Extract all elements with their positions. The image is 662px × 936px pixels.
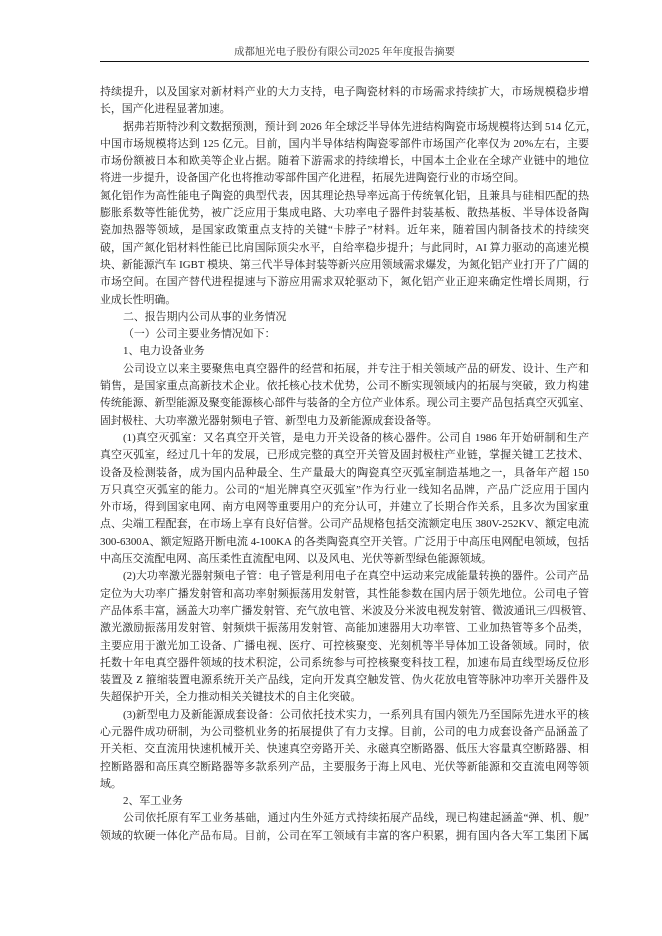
text-line: 中国市场规模将达到 125 亿元。目前，国内半导体结构陶瓷零部件市场国产化率仅为… xyxy=(100,136,589,153)
text-line: 设备及检测装备，成为国内品种最全、生产量最大的陶瓷真空灭弧室制造基地之一，具备年… xyxy=(100,465,589,482)
text-line: 公司依托原有军工业务基础，通过内生外延方式持续拓展产品线，现已构建起涵盖“弹、机… xyxy=(100,810,589,827)
text-line: 固封极柱、大功率激光器射频电子管、新型电力及新能源成套设备等。 xyxy=(100,413,589,430)
text-line: 托数十年电真空器件领域的技术积淀，公司系统参与可控核聚变科技工程，加速布局直线型… xyxy=(100,655,589,672)
paragraph-vacuum-interrupter: (1)真空灭弧室：又名真空开关管，是电力开关设备的核心器件。公司自 1986 年… xyxy=(100,430,589,568)
text-line: 瓷加热器等领域，是国家政策重点支持的关键“卡脖子”材料。近年来，随着国内制备技术… xyxy=(100,222,589,239)
text-line: 市场空间。在国产替代进程提速与下游应用需求双轮驱动下，氮化铝产业正迎来确定性增长… xyxy=(100,274,589,291)
text-line: 定位为大功率广播发射管和高功率射频振荡用发射管，其性能参数在国内居于领先地位。公… xyxy=(100,586,589,603)
text-line: (2)大功率激光器射频电子管：电子管是利用电子在真空中运动来完成能量转换的器件。… xyxy=(100,568,589,585)
text-line: 万只真空灭弧室的能力。公司的“旭光牌真空灭弧室”作为行业一线知名品牌，产品广泛应… xyxy=(100,482,589,499)
text-line: 将进一步提升，设备国产化也将推动零部件国产化进程，拓展先进陶瓷行业的市场空间。 xyxy=(100,170,589,187)
text-line: 真空灭弧室，经过几十年的发展，已形成完整的真空开关管及固封极柱产业链，掌握关键工… xyxy=(100,447,589,464)
text-line: 域。 xyxy=(100,776,589,793)
text-line: 中高压交流配电网、高压柔性直流配电网、以及风电、光伏等新型绿色能源领域。 xyxy=(100,551,589,568)
text-line: 激光激励振荡用发射管、射频烘干振荡用发射管、高能加速器用大功率管、工业加热管等多… xyxy=(100,620,589,637)
text-line: 据弗若斯特沙利文数据预测，预计到 2026 年全球泛半导体先进结构陶瓷市场规模将… xyxy=(100,119,589,136)
text-line: (1)真空灭弧室：又名真空开关管，是电力开关设备的核心器件。公司自 1986 年… xyxy=(100,430,589,447)
paragraph-new-energy-equipment: (3)新型电力及新能源成套设备：公司依托技术实力，一系列具有国内领先乃至国际先进… xyxy=(100,707,589,793)
paragraph-company-overview: 公司设立以来主要聚焦电真空器件的经营和拓展，并专注于相关领域产品的研发、设计、生… xyxy=(100,361,589,430)
text-line: 控断路器和高压真空断路器等多款系列产品，主要服务于海上风电、光伏等新能源和交直流… xyxy=(100,759,589,776)
section-heading-business-overview: 二、报告期内公司从事的业务情况 xyxy=(100,309,589,326)
text-line: 装置及 Z 箍缩装置电源系统开关产品线，定向开发真空触发管、伪火花放电管等脉冲功… xyxy=(100,672,589,689)
text-line: 300-6300A、额定短路开断电流 4-100KA 的各类陶瓷真空开关管。广泛… xyxy=(100,534,589,551)
header-divider xyxy=(100,61,589,62)
text-line: 公司设立以来主要聚焦电真空器件的经营和拓展，并专注于相关领域产品的研发、设计、生… xyxy=(100,361,589,378)
text-line: 开关柜、交直流用快速机械开关、快速真空旁路开关、永磁真空断路器、低压大容量真空断… xyxy=(100,741,589,758)
paragraph-rf-electron-tubes: (2)大功率激光器射频电子管：电子管是利用电子在真空中运动来完成能量转换的器件。… xyxy=(100,568,589,706)
text-line: 长，国产化进程显著加速。 xyxy=(100,101,589,118)
subsection-heading-power-equipment: 1、电力设备业务 xyxy=(100,343,589,360)
paragraph-market-forecast: 据弗若斯特沙利文数据预测，预计到 2026 年全球泛半导体先进结构陶瓷市场规模将… xyxy=(100,119,589,188)
text-line: 破，国产氮化铝材料性能已比肩国际顶尖水平，自给率稳步提升；与此同时，AI 算力驱… xyxy=(100,240,589,257)
text-line: 块、新能源汽车 IGBT 模块、第三代半导体封装等新兴应用领域需求爆发，为氮化铝… xyxy=(100,257,589,274)
text-line: 持续提升，以及国家对新材料产业的大力支持，电子陶瓷材料的市场需求持续扩大，市场规… xyxy=(100,84,589,101)
text-line: 传统能源、新型能源及聚变能源核心部件与装备的全方位产业体系。现公司主要产品包括真… xyxy=(100,395,589,412)
text-line: 销售，是国家重点高新技术企业。依托核心技术优势，公司不断实现领域内的拓展与突破，… xyxy=(100,378,589,395)
text-line: (3)新型电力及新能源成套设备：公司依托技术实力，一系列具有国内领先乃至国际先进… xyxy=(100,707,589,724)
text-line: 市场份额被日本和欧美等企业占据。随着下游需求的持续增长，中国本土企业在全球产业链… xyxy=(100,153,589,170)
text-line: 氮化铝作为高性能电子陶瓷的典型代表，因其理论热导率远高于传统氧化铝，且兼具与硅相… xyxy=(100,188,589,205)
paragraph-ceramics-market-continuation: 持续提升，以及国家对新材料产业的大力支持，电子陶瓷材料的市场需求持续扩大，市场规… xyxy=(100,84,589,119)
text-line: 领域的软硬一体化产品布局。目前，公司在军工领域有丰富的客户积累，拥有国内各大军工… xyxy=(100,828,589,845)
text-line: 主要应用于激光加工设备、广播电视、医疗、可控核聚变、光刻机等半导体加工设备领域。… xyxy=(100,638,589,655)
subsection-heading-main-business: （一）公司主要业务情况如下： xyxy=(100,326,589,343)
text-line: 心元器件成功研制，为公司整机业务的拓展提供了有力支撑。目前，公司的电力成套设备产… xyxy=(100,724,589,741)
text-line: 外市场，得到国家电网、南方电网等重要用户的充分认可，并建立了长期合作关系，且多次… xyxy=(100,499,589,516)
document-body: 持续提升，以及国家对新材料产业的大力支持，电子陶瓷材料的市场需求持续扩大，市场规… xyxy=(100,84,589,845)
text-line: 产品体系丰富，涵盖大功率广播发射管、充气放电管、米波及分米波电视发射管、微波通讯… xyxy=(100,603,589,620)
subsection-heading-military-business: 2、军工业务 xyxy=(100,793,589,810)
text-line: 膨胀系数等性能优势，被广泛应用于集成电路、大功率电子器件封装基板、散热基板、半导… xyxy=(100,205,589,222)
text-line: 点、尖端工程配套，在市场上享有良好信誉。公司产品规格包括交流额定电压 380V-… xyxy=(100,516,589,533)
page-header-title: 成都旭光电子股份有限公司2025 年年度报告摘要 xyxy=(100,45,589,60)
paragraph-aluminum-nitride: 氮化铝作为高性能电子陶瓷的典型代表，因其理论热导率远高于传统氧化铝，且兼具与硅相… xyxy=(100,188,589,309)
text-line: 业成长性明确。 xyxy=(100,292,589,309)
paragraph-military-business: 公司依托原有军工业务基础，通过内生外延方式持续拓展产品线，现已构建起涵盖“弹、机… xyxy=(100,810,589,845)
text-line: 失超保护开关，全力推动相关关键技术的自主化突破。 xyxy=(100,689,589,706)
